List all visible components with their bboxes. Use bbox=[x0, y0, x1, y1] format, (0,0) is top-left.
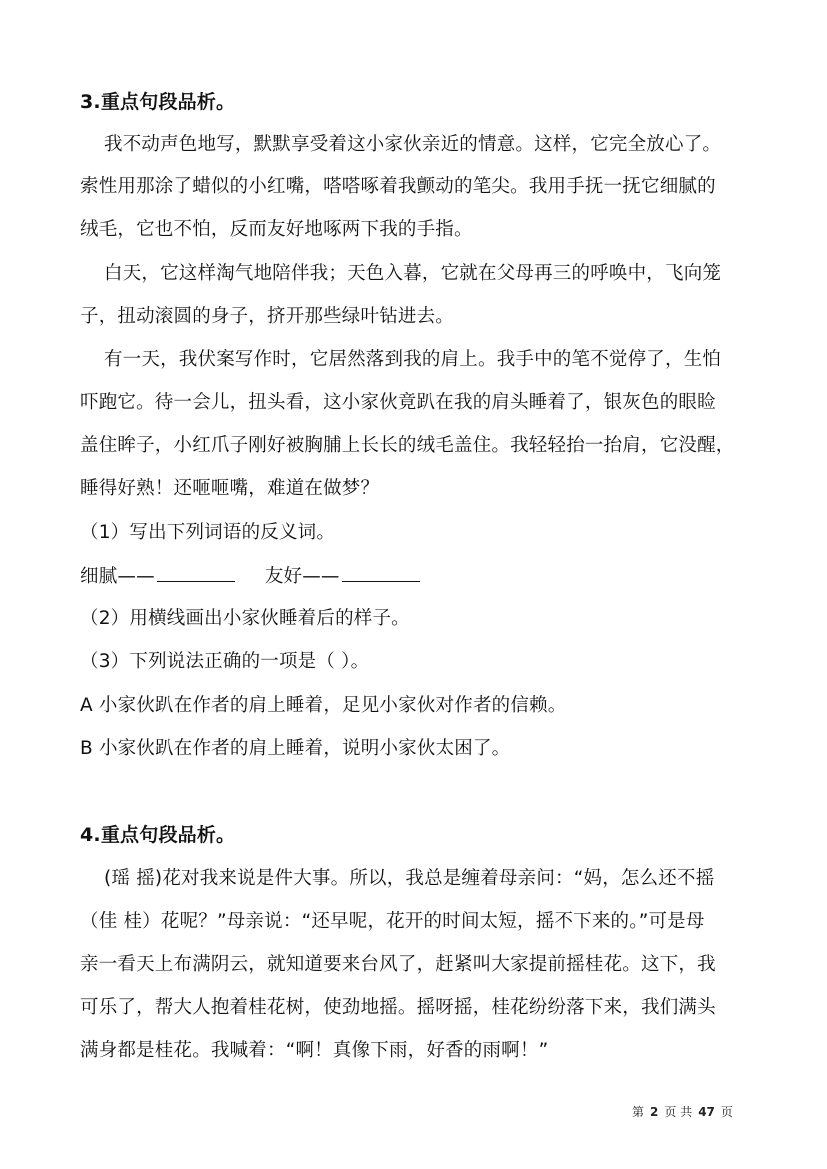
question-2: （2）用横线画出小家伙睡着后的样子。 bbox=[80, 607, 410, 631]
section-3-paragraph-1-line-1: 我不动声色地写，默默享受着这小家伙亲近的情意。这样，它完全放心了。 bbox=[104, 133, 721, 157]
section-4-paragraph-line-1: (瑶 摇)花对我来说是件大事。所以，我总是缠着母亲问：“妈，怎么还不摇 bbox=[104, 867, 714, 891]
antonym-row: 细腻——友好—— bbox=[80, 565, 420, 589]
footer-middle: 页 共 bbox=[664, 1105, 692, 1119]
section-3-paragraph-3-line-4: 睡得好熟！还咂咂嘴，难道在做梦？ bbox=[80, 477, 379, 501]
footer-prefix: 第 bbox=[632, 1105, 644, 1119]
section-3-heading: 3.重点句段品析。 bbox=[80, 90, 235, 114]
section-4-heading: 4.重点句段品析。 bbox=[80, 823, 235, 847]
footer-suffix: 页 bbox=[721, 1105, 733, 1119]
total-pages-number: 47 bbox=[698, 1105, 715, 1119]
document-page: 3.重点句段品析。 我不动声色地写，默默享受着这小家伙亲近的情意。这样，它完全放… bbox=[0, 0, 827, 1169]
section-4-paragraph-line-3: 亲一看天上布满阴云，就知道要来台风了，赶紧叫大家提前摇桂花。这下，我 bbox=[80, 953, 716, 977]
section-4-paragraph-line-5: 满身都是桂花。我喊着：“啊！真像下雨，好香的雨啊！” bbox=[80, 1039, 548, 1063]
section-4-paragraph-line-4: 可乐了，帮大人抱着桂花树，使劲地摇。摇呀摇，桂花纷纷落下来，我们满头 bbox=[80, 996, 716, 1020]
antonym-word-1: 细腻—— bbox=[80, 566, 155, 587]
section-3-paragraph-3-line-2: 吓跑它。待一会儿，扭头看，这小家伙竟趴在我的肩头睡着了，银灰色的眼睑 bbox=[80, 391, 716, 415]
page-footer: 第2页 共47页 bbox=[630, 1103, 735, 1120]
answer-blank-1[interactable] bbox=[157, 565, 235, 582]
section-3-paragraph-1-line-3: 绒毛，它也不怕，反而友好地啄两下我的手指。 bbox=[80, 218, 473, 242]
section-3-paragraph-2-line-1: 白天，它这样淘气地陪伴我；天色入暮，它就在父母再三的呼唤中，飞向笼 bbox=[104, 262, 721, 286]
section-3-paragraph-1-line-2: 索性用那涂了蜡似的小红嘴，嗒嗒啄着我颤动的笔尖。我用手抚一抚它细腻的 bbox=[80, 175, 716, 199]
section-3-paragraph-2-line-2: 子，扭动滚圆的身子，挤开那些绿叶钻进去。 bbox=[80, 305, 454, 329]
section-4-paragraph-line-2: （佳 桂）花呢？”母亲说：“还早呢，花开的时间太短，摇不下来的。”可是母 bbox=[80, 910, 705, 934]
question-3: （3）下列说法正确的一项是（ ）。 bbox=[80, 650, 369, 674]
answer-blank-2[interactable] bbox=[342, 565, 420, 582]
option-a: A 小家伙趴在作者的肩上睡着，足见小家伙对作者的信赖。 bbox=[80, 694, 566, 718]
question-1: （1）写出下列词语的反义词。 bbox=[80, 521, 335, 545]
antonym-word-2: 友好—— bbox=[265, 566, 340, 587]
option-b: B 小家伙趴在作者的肩上睡着，说明小家伙太困了。 bbox=[80, 737, 510, 761]
current-page-number: 2 bbox=[650, 1105, 658, 1119]
section-3-paragraph-3-line-1: 有一天，我伏案写作时，它居然落到我的肩上。我手中的笔不觉停了，生怕 bbox=[104, 348, 721, 372]
section-3-paragraph-3-line-3: 盖住眸子，小红爪子刚好被胸脯上长长的绒毛盖住。我轻轻抬一抬肩，它没醒， bbox=[80, 434, 735, 458]
